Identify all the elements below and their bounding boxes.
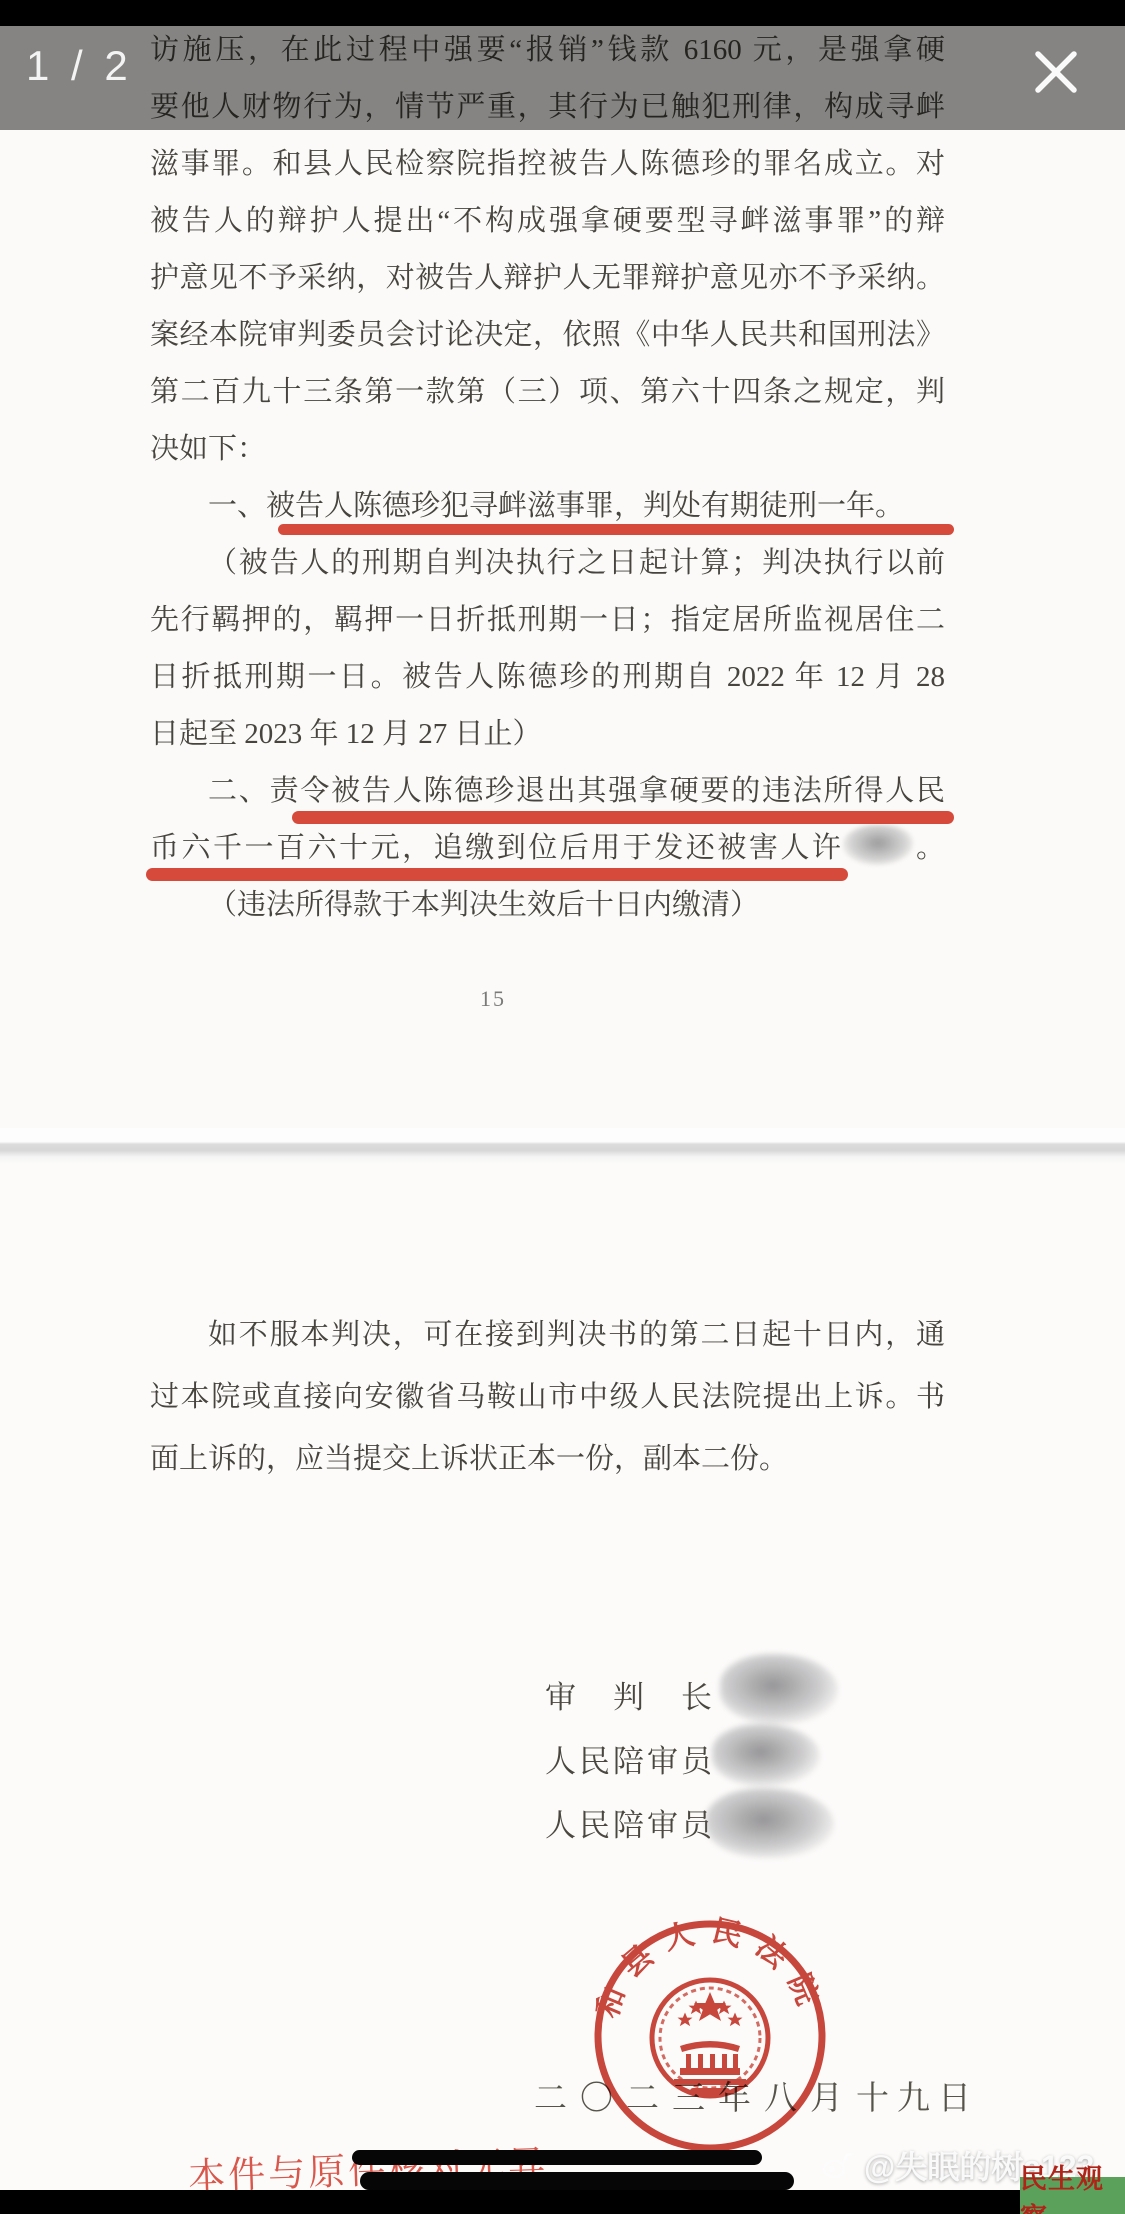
red-underline: [146, 868, 848, 881]
close-icon: [1029, 45, 1083, 99]
red-underline: [278, 524, 954, 535]
appeal-line: 面上诉的，应当提交上诉状正本一份，副本二份。: [150, 1428, 945, 1490]
line-period: 。: [913, 832, 945, 864]
judgment-line: 先行羁押的，羁押一日折抵刑期一日；指定居所监视居住二: [150, 592, 945, 649]
signature-label-presiding-judge: 审 判 长: [545, 1672, 715, 1717]
appeal-line: 过本院或直接向安徽省马鞍山市中级人民法院提出上诉。书: [150, 1366, 945, 1428]
judgment-line: （被告人的刑期自判决执行之日起计算；判决执行以前: [150, 535, 945, 592]
judgment-date-right: 十九日: [856, 2072, 979, 2119]
black-redaction-bar: [360, 2172, 794, 2190]
bottom-black-strip: [0, 2190, 1125, 2214]
smudged-assessor-name: [706, 1788, 834, 1858]
redacted-victim-name: [843, 825, 913, 865]
judgment-line: 被告人的辩护人提出“不构成强拿硬要型寻衅滋事罪”的辩: [150, 193, 945, 250]
appeal-line: 如不服本判决，可在接到判决书的第二日起十日内，通: [150, 1304, 945, 1366]
status-bar-strip: [0, 0, 1125, 26]
source-badge: 民生观察: [1020, 2177, 1125, 2214]
smudged-judge-name: [720, 1654, 838, 1724]
signature-label-assessor-2: 人民陪审员: [545, 1800, 715, 1845]
judgment-line: （违法所得款于本判决生效后十日内缴清）: [150, 877, 945, 934]
document-page-2: 如不服本判决，可在接到判决书的第二日起十日内，通 过本院或直接向安徽省马鞍山市中…: [0, 1164, 1125, 2214]
judgment-line: 日折抵刑期一日。被告人陈德珍的刑期自 2022 年 12 月 28: [150, 649, 945, 706]
red-underline: [292, 811, 954, 824]
national-emblem: [674, 1992, 746, 2095]
line-text: 币六千一百六十元，追缴到位后用于发还被害人许: [150, 832, 843, 864]
close-button[interactable]: [1022, 38, 1090, 106]
black-redaction-bar: [352, 2150, 762, 2165]
page-indicator: 1 / 2: [26, 42, 133, 90]
signature-label-assessor-1: 人民陪审员: [545, 1736, 715, 1781]
judgment-line: 滋事罪。和县人民检察院指控被告人陈德珍的罪名成立。对: [150, 136, 945, 193]
page-number: 15: [480, 986, 506, 1012]
judgment-line: 决如下：: [150, 421, 945, 478]
weibo-logo-icon: [822, 2150, 858, 2180]
page-divider: [0, 1128, 1125, 1164]
image-viewer: 访施压，在此过程中强要“报销”钱款 6160 元，是强拿硬 要他人财物行为，情节…: [0, 0, 1125, 2214]
court-seal: 和县人民法院: [590, 1916, 830, 2156]
smudged-assessor-name: [712, 1724, 820, 1786]
judgment-line: 日起至 2023 年 12 月 27 日止）: [150, 706, 945, 763]
judgment-line: 案经本院审判委员会讨论决定，依照《中华人民共和国刑法》: [150, 307, 945, 364]
judgment-line: 护意见不予采纳，对被告人辩护人无罪辩护意见亦不予采纳。: [150, 250, 945, 307]
judgment-line: 第二百九十三条第一款第（三）项、第六十四条之规定，判: [150, 364, 945, 421]
document-page-1: 访施压，在此过程中强要“报销”钱款 6160 元，是强拿硬 要他人财物行为，情节…: [0, 0, 1125, 1128]
